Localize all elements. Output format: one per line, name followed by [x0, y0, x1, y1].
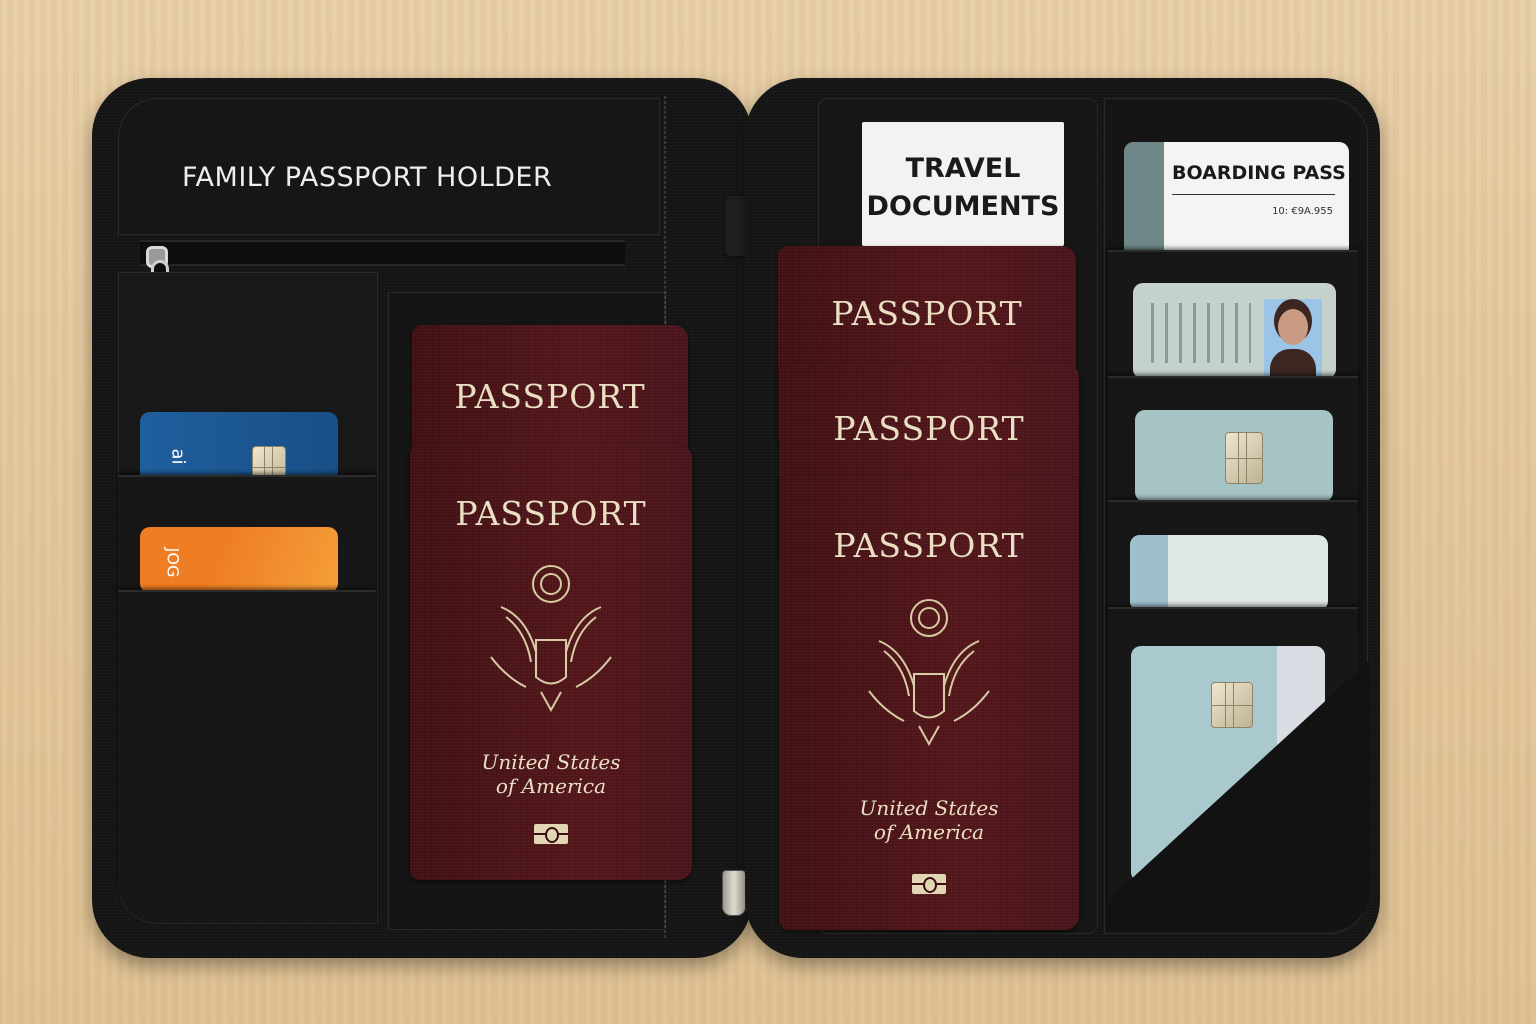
card-chip-icon [1211, 682, 1253, 728]
card-text: ai [168, 448, 189, 464]
holder-title: FAMILY PASSPORT HOLDER [182, 162, 552, 193]
travel-documents-card[interactable]: TRAVEL DOCUMENTS [862, 122, 1064, 246]
boarding-pass-title: BOARDING PASS [1172, 162, 1346, 184]
passport-country: United States of America [779, 796, 1079, 844]
passport-title: PASSPORT [779, 409, 1079, 448]
id-card-chip[interactable] [1135, 410, 1333, 502]
card-text: JOG [163, 548, 182, 578]
id-photo [1264, 299, 1322, 377]
passport-title: PASSPORT [410, 494, 692, 533]
id-card-light[interactable] [1130, 535, 1328, 611]
zipper-pocket[interactable] [140, 240, 625, 266]
passport-country: United States of America [410, 750, 692, 798]
credit-card-orange[interactable]: JOG [140, 527, 338, 593]
biometric-chip-icon [912, 874, 946, 894]
passport-title: PASSPORT [779, 526, 1079, 565]
eagle-crest-icon [481, 562, 621, 712]
passport-left-front[interactable]: PASSPORT United States of America [410, 444, 692, 880]
biometric-chip-icon [534, 824, 568, 844]
eagle-crest-icon [859, 596, 999, 746]
credit-card-blue[interactable]: ai [140, 412, 338, 482]
card-chip-icon [1225, 432, 1263, 484]
boarding-pass[interactable]: BOARDING PASS 10: €9A.955 [1124, 142, 1349, 252]
passport-title: PASSPORT [778, 294, 1076, 333]
boarding-pass-stub [1124, 142, 1164, 252]
card-pocket [118, 590, 376, 922]
passport-right-front[interactable]: PASSPORT United States of America [779, 476, 1079, 930]
id-text-lines [1151, 303, 1251, 363]
zipper-slider-icon[interactable] [722, 870, 746, 916]
divider [1172, 194, 1335, 195]
boarding-pass-code: 10: €9A.955 [1272, 206, 1333, 217]
id-card-photo[interactable] [1133, 283, 1336, 379]
passport-title: PASSPORT [412, 377, 688, 416]
